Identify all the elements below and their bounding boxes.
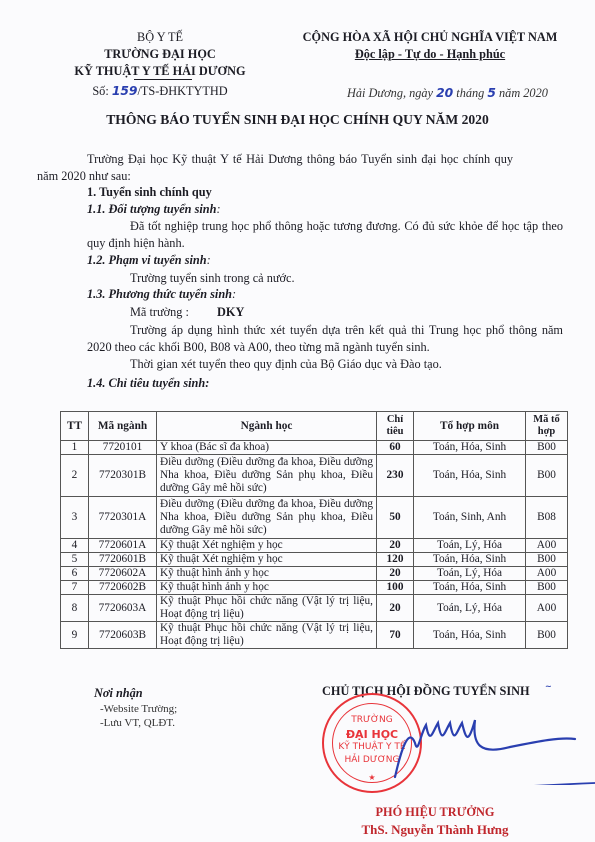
major-name: Kỹ thuật Phục hồi chức năng (Vật lý trị … [157,595,377,622]
row-number: 8 [61,595,89,622]
major-code: 7720603A [89,595,157,622]
section-1-2-text: Trường tuyển sinh trong cả nước. [130,270,295,287]
subject-combination: Toán, Lý, Hóa [414,567,526,581]
table-row: 17720101Y khoa (Bác sĩ đa khoa)60Toán, H… [61,441,568,455]
quota-value: 50 [377,497,414,539]
major-code: 7720603B [89,622,157,649]
row-number: 2 [61,455,89,497]
table-row: 47720601AKỹ thuật Xét nghiệm y học20Toán… [61,539,568,553]
col-header-major: Ngành học [157,412,377,441]
subject-combination: Toán, Sinh, Anh [414,497,526,539]
signer-name: ThS. Nguyễn Thành Hưng [330,822,540,838]
subject-combination: Toán, Hóa, Sinh [414,622,526,649]
s11-heading-text: 1.1. Đối tượng tuyển sinh [87,202,216,216]
doc-no-suffix: /TS-ĐHKTYTHD [137,84,227,98]
col-header-combo: Mã tổ hợp [526,412,568,441]
signer-position: PHÓ HIỆU TRƯỞNG [330,805,540,820]
col-header-quota: Chỉ tiêu [377,412,414,441]
combination-code: B00 [526,553,568,567]
school-code-value: DKY [217,305,244,320]
table-row: 77720602BKỹ thuật hình ảnh y học100Toán,… [61,581,568,595]
section-1-2-heading: 1.2. Phạm vi tuyển sinh: [87,253,211,268]
s13-heading-text: 1.3. Phương thức tuyển sinh [87,287,232,301]
table-row: 57720601BKỹ thuật Xét nghiệm y học120Toá… [61,553,568,567]
table-header-row: TT Mã ngành Ngành học Chỉ tiêu Tổ hợp mô… [61,412,568,441]
s12-colon: : [207,253,211,267]
date-day: 20 [436,86,453,100]
major-name: Kỹ thuật Phục hồi chức năng (Vật lý trị … [157,622,377,649]
recipients-heading: Nơi nhận [94,686,143,701]
subject-combination: Toán, Hóa, Sinh [414,553,526,567]
school-name-text: KỸ THUẬT Y TẾ HẢI DƯƠNG [74,64,245,78]
row-number: 1 [61,441,89,455]
date-place: Hải Dương, ngày [347,86,436,100]
row-number: 7 [61,581,89,595]
major-name: Kỹ thuật Xét nghiệm y học [157,553,377,567]
combination-code: B00 [526,455,568,497]
row-number: 6 [61,567,89,581]
table-row: 37720301AĐiều dưỡng (Điều dưỡng đa khoa,… [61,497,568,539]
subject-combination: Toán, Lý, Hóa [414,595,526,622]
school-name-line1: TRƯỜNG ĐẠI HỌC [60,47,260,62]
subject-combination: Toán, Hóa, Sinh [414,455,526,497]
major-name: Kỹ thuật Xét nghiệm y học [157,539,377,553]
doc-no-handwritten: 159 [112,84,138,98]
intro-paragraph: Trường Đại học Kỹ thuật Y tế Hải Dương t… [37,151,513,185]
quota-value: 230 [377,455,414,497]
major-code: 7720301A [89,497,157,539]
quota-value: 20 [377,595,414,622]
initials-mark: ~ [545,682,552,691]
combination-code: A00 [526,595,568,622]
section-1-3-text1: Trường áp dụng hình thức xét tuyển dựa t… [87,322,563,356]
combination-code: B00 [526,441,568,455]
major-code: 7720601B [89,553,157,567]
major-code: 7720101 [89,441,157,455]
quota-value: 60 [377,441,414,455]
row-number: 9 [61,622,89,649]
quota-value: 100 [377,581,414,595]
combination-code: A00 [526,567,568,581]
header-left-underline [134,79,192,80]
table-row: 97720603BKỹ thuật Phục hồi chức năng (Vậ… [61,622,568,649]
table-row: 67720602AKỹ thuật hình ảnh y học20Toán, … [61,567,568,581]
section-1-1-heading: 1.1. Đối tượng tuyển sinh: [87,202,221,217]
subject-combination: Toán, Hóa, Sinh [414,581,526,595]
recipient-item: -Lưu VT, QLĐT. [100,717,175,729]
s11-colon: : [216,202,220,216]
recipient-item: -Website Trường; [100,703,177,715]
nation-name: CỘNG HÒA XÃ HỘI CHỦ NGHĨA VIỆT NAM [290,30,570,45]
section-1-4-heading: 1.4. Chỉ tiêu tuyển sinh: [87,376,209,391]
row-number: 4 [61,539,89,553]
combination-code: A00 [526,539,568,553]
major-name: Điều dưỡng (Điều dưỡng đa khoa, Điều dưỡ… [157,455,377,497]
quota-value: 20 [377,567,414,581]
date-line: Hải Dương, ngày 20 tháng 5 năm 2020 [347,86,548,101]
date-month-label: tháng [453,86,487,100]
school-name-line2: KỸ THUẬT Y TẾ HẢI DƯƠNG [60,64,260,79]
major-code: 7720602B [89,581,157,595]
quota-table: TT Mã ngành Ngành học Chỉ tiêu Tổ hợp mô… [60,411,568,649]
national-motto: Độc lập - Tự do - Hạnh phúc [290,47,570,62]
major-name: Kỹ thuật hình ảnh y học [157,581,377,595]
table-row: 87720603AKỹ thuật Phục hồi chức năng (Vậ… [61,595,568,622]
subject-combination: Toán, Lý, Hóa [414,539,526,553]
row-number: 5 [61,553,89,567]
major-name: Điều dưỡng (Điều dưỡng đa khoa, Điều dưỡ… [157,497,377,539]
s12-heading-text: 1.2. Phạm vi tuyển sinh [87,253,207,267]
date-year: năm 2020 [496,86,548,100]
col-header-code: Mã ngành [89,412,157,441]
subject-combination: Toán, Hóa, Sinh [414,441,526,455]
document-title: THÔNG BÁO TUYỂN SINH ĐẠI HỌC CHÍNH QUY N… [40,112,555,128]
major-code: 7720301B [89,455,157,497]
quota-value: 70 [377,622,414,649]
document-number: Số: 159/TS-ĐHKTYTHD [60,84,260,99]
col-header-tt: TT [61,412,89,441]
major-name: Y khoa (Bác sĩ đa khoa) [157,441,377,455]
s13-colon: : [232,287,236,301]
major-code: 7720601A [89,539,157,553]
school-code-label: Mã trường : [130,305,189,320]
combination-code: B00 [526,622,568,649]
section-1-heading: 1. Tuyển sinh chính quy [87,185,212,200]
section-1-3-text2: Thời gian xét tuyển theo quy định của Bộ… [130,356,442,373]
row-number: 3 [61,497,89,539]
major-code: 7720602A [89,567,157,581]
major-name: Kỹ thuật hình ảnh y học [157,567,377,581]
combination-code: B00 [526,581,568,595]
quota-value: 120 [377,553,414,567]
combination-code: B08 [526,497,568,539]
table-row: 27720301BĐiều dưỡng (Điều dưỡng đa khoa,… [61,455,568,497]
ministry-name: BỘ Y TẾ [60,30,260,45]
doc-no-prefix: Số: [92,84,111,98]
section-1-3-heading: 1.3. Phương thức tuyển sinh: [87,287,236,302]
date-month: 5 [487,86,496,100]
quota-value: 20 [377,539,414,553]
col-header-subjects: Tổ hợp môn [414,412,526,441]
handwritten-signature [360,715,595,785]
section-1-1-text: Đã tốt nghiệp trung học phổ thông hoặc t… [87,218,563,252]
